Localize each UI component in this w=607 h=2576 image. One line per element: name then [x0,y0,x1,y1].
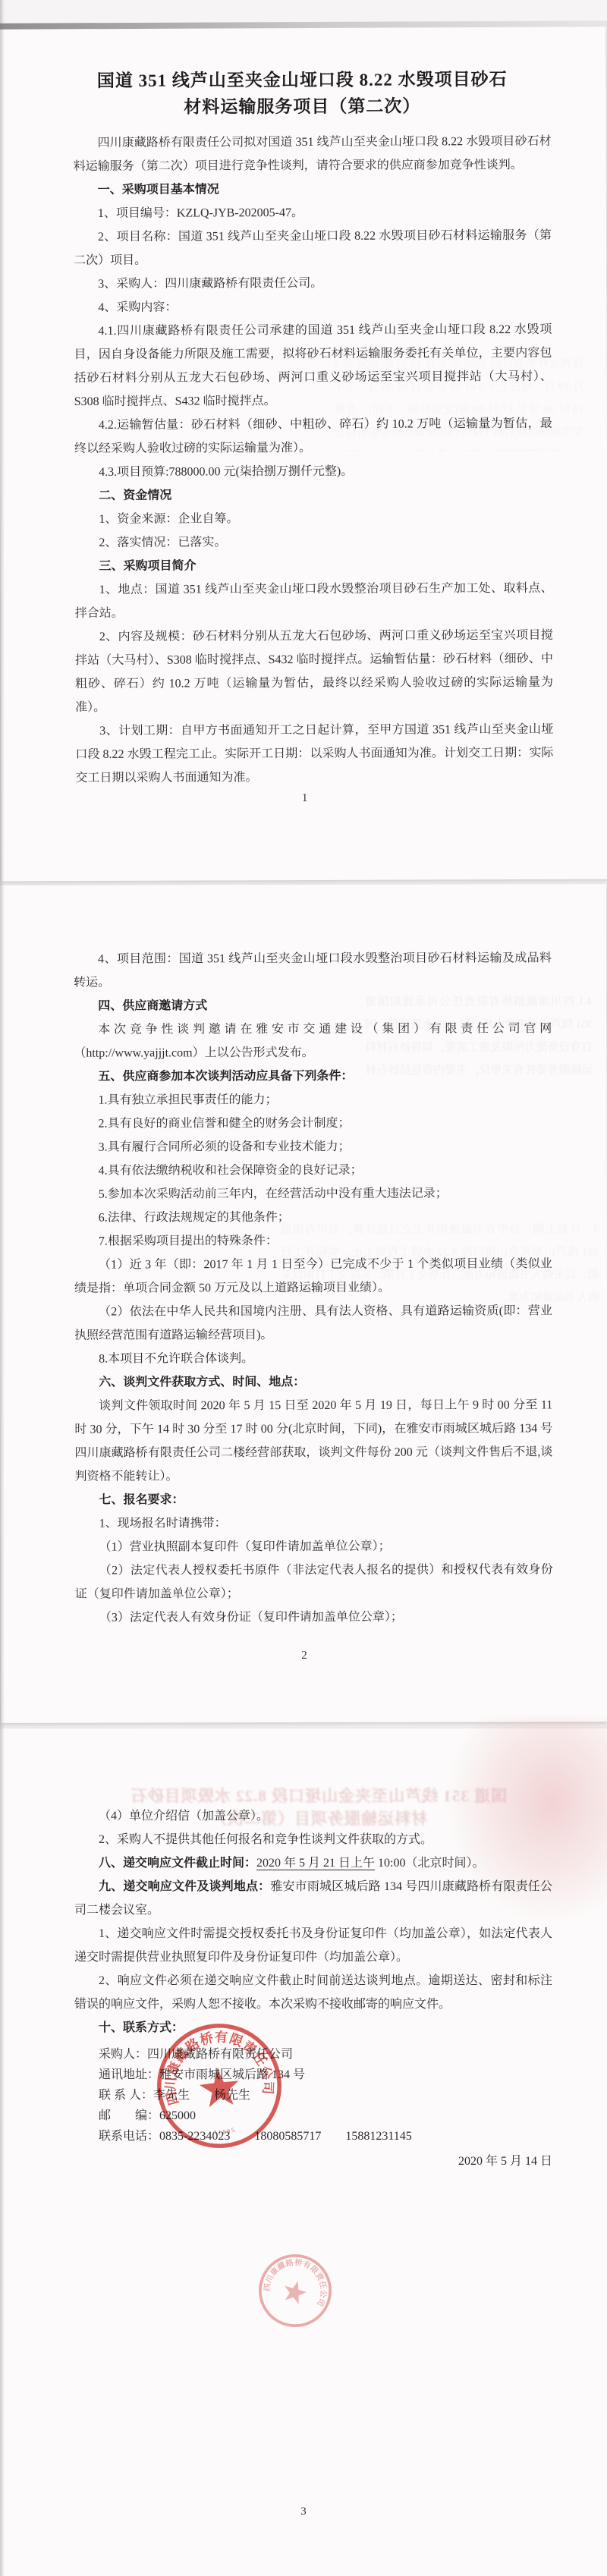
contact-address: 通讯地址：雅安市雨城区城后路 134 号 [74,2065,552,2085]
venue-line: 九、递交响应文件及谈判地点：雅安市雨城区城后路 134 号四川康藏路桥有限责任公… [74,1875,552,1922]
paragraph: 2、采购人不提供其他任何报名和竞争性谈判文件获取的方式。 [74,1828,552,1851]
contact-block: 采购人：四川康藏路桥有限责任公司 通讯地址：雅安市雨城区城后路 134 号 联 … [74,2044,552,2147]
paragraph: （2）法定代表人授权委托书原件（非法定代表人报名的提供）和授权代表有效身份证（复… [75,1558,553,1606]
scanned-document: 谈判文件领取时间 2020 年 5 月 15 日至 2020 年 5 月 19 … [0,0,607,2576]
scan-edge-left [0,0,5,2576]
paragraph: 1、资金来源：企业自筹。 [74,506,552,531]
paragraph: 1、递交响应文件时需提交授权委托书及身份证复印件（均加盖公章），如法定代表人递交… [74,1922,552,1969]
paragraph: 4.1.四川康藏路桥有限责任公司承建的国道 351 线芦山至夹金山垭口段 8.2… [74,318,552,414]
paragraph: 8.本项目不允许联合体谈判。 [74,1346,552,1370]
contact-person: 联 系 人：李先生 杨先生 [74,2085,552,2106]
section-heading: 三、采购项目简介 [74,553,552,578]
document-page-3: 国道 351 线芦山至夹金山垭口段 8.22 水毁项目砂石 材料运输服务项目（第… [0,1728,607,2576]
paragraph: （4）单位介绍信（加盖公章）。 [74,1804,552,1828]
paragraph: 4、采购内容： [74,294,552,319]
paragraph: 3、采购人：四川康藏路桥有限责任公司。 [74,271,552,296]
paragraph: 2.具有良好的商业信誉和健全的财务会计制度； [74,1111,552,1135]
company-seal-stamp: 四川康藏路桥有限责任公司 1 1 8 9 5 [143,2010,295,2162]
seal-serial-text: 1 1 8 9 5 [212,2126,235,2136]
paragraph: 1、项目编号：KZLQ-JYB-202005-47。 [74,200,552,225]
svg-text:1 1 8 9 5: 1 1 8 9 5 [212,2126,235,2136]
contact-postcode: 邮 编：625000 [74,2106,552,2126]
section-heading: 四、供应商邀请方式 [74,993,552,1018]
star-icon [198,2067,241,2109]
paragraph: 2、内容及规模：砂石材料分别从五龙大石包砂场、两河口重义砂场运至宝兴项目搅拌站（… [75,624,553,719]
paragraph: （1）近 3 年（即：2017 年 1 月 1 日至今）已完成不少于 1 个类似… [74,1252,552,1300]
page-number: 1 [2,791,607,807]
section-heading: 五、供应商参加本次谈判活动应具备下列条件： [74,1064,552,1088]
paragraph: 本次竞争性谈判邀请在雅安市交通建设（集团）有限责任公司官网（http://www… [74,1017,552,1065]
paragraph: （1）营业执照副本复印件（复印件请加盖单位公章）； [75,1534,553,1558]
star-icon [281,2278,309,2305]
paragraph: 4.3.项目预算:788000.00 元(柒拾捌万捌仟元整)。 [74,459,552,484]
deadline-date: 2020 年 5 月 21 日上午 [256,1857,375,1870]
paragraph: 4、项目范围：国道 351 线芦山至夹金山垭口段水毁整治项目砂石材料运输及成品料… [74,946,552,994]
paragraph: 2、响应文件必须在递交响应文件截止时间前送达谈判地点。逾期送达、密封和标注错误的… [74,1969,552,2016]
page-1-content: 四川康藏路桥有限责任公司拟对国道 351 线芦山至夹金山垭口段 8.22 水毁项… [74,130,554,790]
page-3-content: （4）单位介绍信（加盖公章）。 2、采购人不提供其他任何报名和竞争性谈判文件获取… [74,1728,552,2172]
partial-seal-graphic: 四川康藏路桥有限责任公司 [245,2241,344,2340]
paragraph: （3）法定代表人有效身份证（复印件请加盖单位公章）； [75,1605,553,1629]
paragraph: 7.根据采购项目提出的特殊条件： [74,1228,552,1253]
contact-person-label: 联 系 人： [99,2089,153,2102]
section-heading: 二、资金情况 [74,483,552,508]
paragraph: 3.具有履行合同所必须的设备和专业技术能力； [74,1134,552,1159]
paragraph: 3、计划工期：自甲方书面通知开工之日起计算，至甲方国道 351 线芦山至夹金山垭… [75,718,553,790]
page-2-content: 4、项目范围：国道 351 线芦山至夹金山垭口段水毁整治项目砂石材料运输及成品料… [74,884,553,1629]
page-number: 3 [0,2505,607,2518]
document-title: 国道 351 线芦山至夹金山垭口段 8.22 水毁项目砂石 材料运输服务项目（第… [20,66,584,121]
contact-postcode-label: 邮 编： [99,2109,159,2122]
paragraph: 四川康藏路桥有限责任公司拟对国道 351 线芦山至夹金山垭口段 8.22 水毁项… [74,130,552,178]
deadline-line: 八、递交响应文件截止时间：2020 年 5 月 21 日上午 10:00（北京时… [74,1851,552,1875]
svg-text:四川康藏路桥有限责任公司: 四川康藏路桥有限责任公司 [261,2250,337,2309]
title-line-1: 国道 351 线芦山至夹金山垭口段 8.22 水毁项目砂石 [20,66,584,95]
contact-phone-label: 联系电话： [99,2130,159,2143]
section-heading: 一、采购项目基本情况 [74,177,552,202]
seal-company-text: 四川康藏路桥有限责任公司 [261,2250,337,2309]
paragraph: 1、现场报名时请携带： [75,1511,553,1535]
paragraph: 谈判文件领取时间 2020 年 5 月 15 日至 2020 年 5 月 19 … [74,1393,552,1488]
contact-phone: 联系电话：0835-2234023 18080585717 1588123114… [74,2126,552,2147]
paragraph: 2、落实情况：已落实。 [74,530,552,555]
deadline-label: 八、递交响应文件截止时间： [99,1857,256,1870]
contact-buyer-label: 采购人： [99,2048,147,2061]
document-date: 2020 年 5 月 14 日 [74,2151,552,2172]
section-heading: 六、谈判文件获取方式、时间、地点： [74,1370,552,1394]
paragraph: 5.参加本次采购活动前三年内，在经营活动中没有重大违法记录； [74,1181,552,1206]
document-page-1: 谈判文件领取时间 2020 年 5 月 15 日至 2020 年 5 月 19 … [0,27,607,882]
paragraph: 1.具有独立承担民事责任的能力； [74,1087,552,1112]
paragraph: （2）依法在中华人民共和国境内注册、具有法人资格、具有道路运输资质(即：营业执照… [74,1299,552,1347]
deadline-rest: 10:00（北京时间）。 [375,1857,484,1870]
section-heading: 七、报名要求： [75,1487,553,1511]
page-number: 2 [1,1649,607,1663]
paragraph: 2、项目名称：国道 351 线芦山至夹金山垭口段 8.22 水毁项目砂石材料运输… [74,224,552,272]
paragraph: 4.2.运输暂估量：砂石材料（细砂、中粗砂、碎石）约 10.2 万吨（运输量为暂… [74,412,552,461]
partial-seal-stamp: 四川康藏路桥有限责任公司 [245,2241,344,2340]
paragraph: 1、地点：国道 351 线芦山至夹金山垭口段水毁整治项目砂石生产加工处、取料点、… [75,577,553,625]
seal-graphic: 四川康藏路桥有限责任公司 1 1 8 9 5 [143,2010,295,2162]
paragraph: 6.法律、行政法规规定的其他条件； [74,1205,552,1229]
paragraph: 4.具有依法缴纳税收和社会保障资金的良好记录； [74,1158,552,1182]
title-line-2: 材料运输服务项目（第二次） [20,93,584,121]
document-page-2: 4.1.四川康藏路桥有限责任公司承建的国道 351 线芦山至夹金山垭口段 8.2… [0,884,607,1723]
venue-label: 九、递交响应文件及谈判地点： [99,1880,270,1893]
